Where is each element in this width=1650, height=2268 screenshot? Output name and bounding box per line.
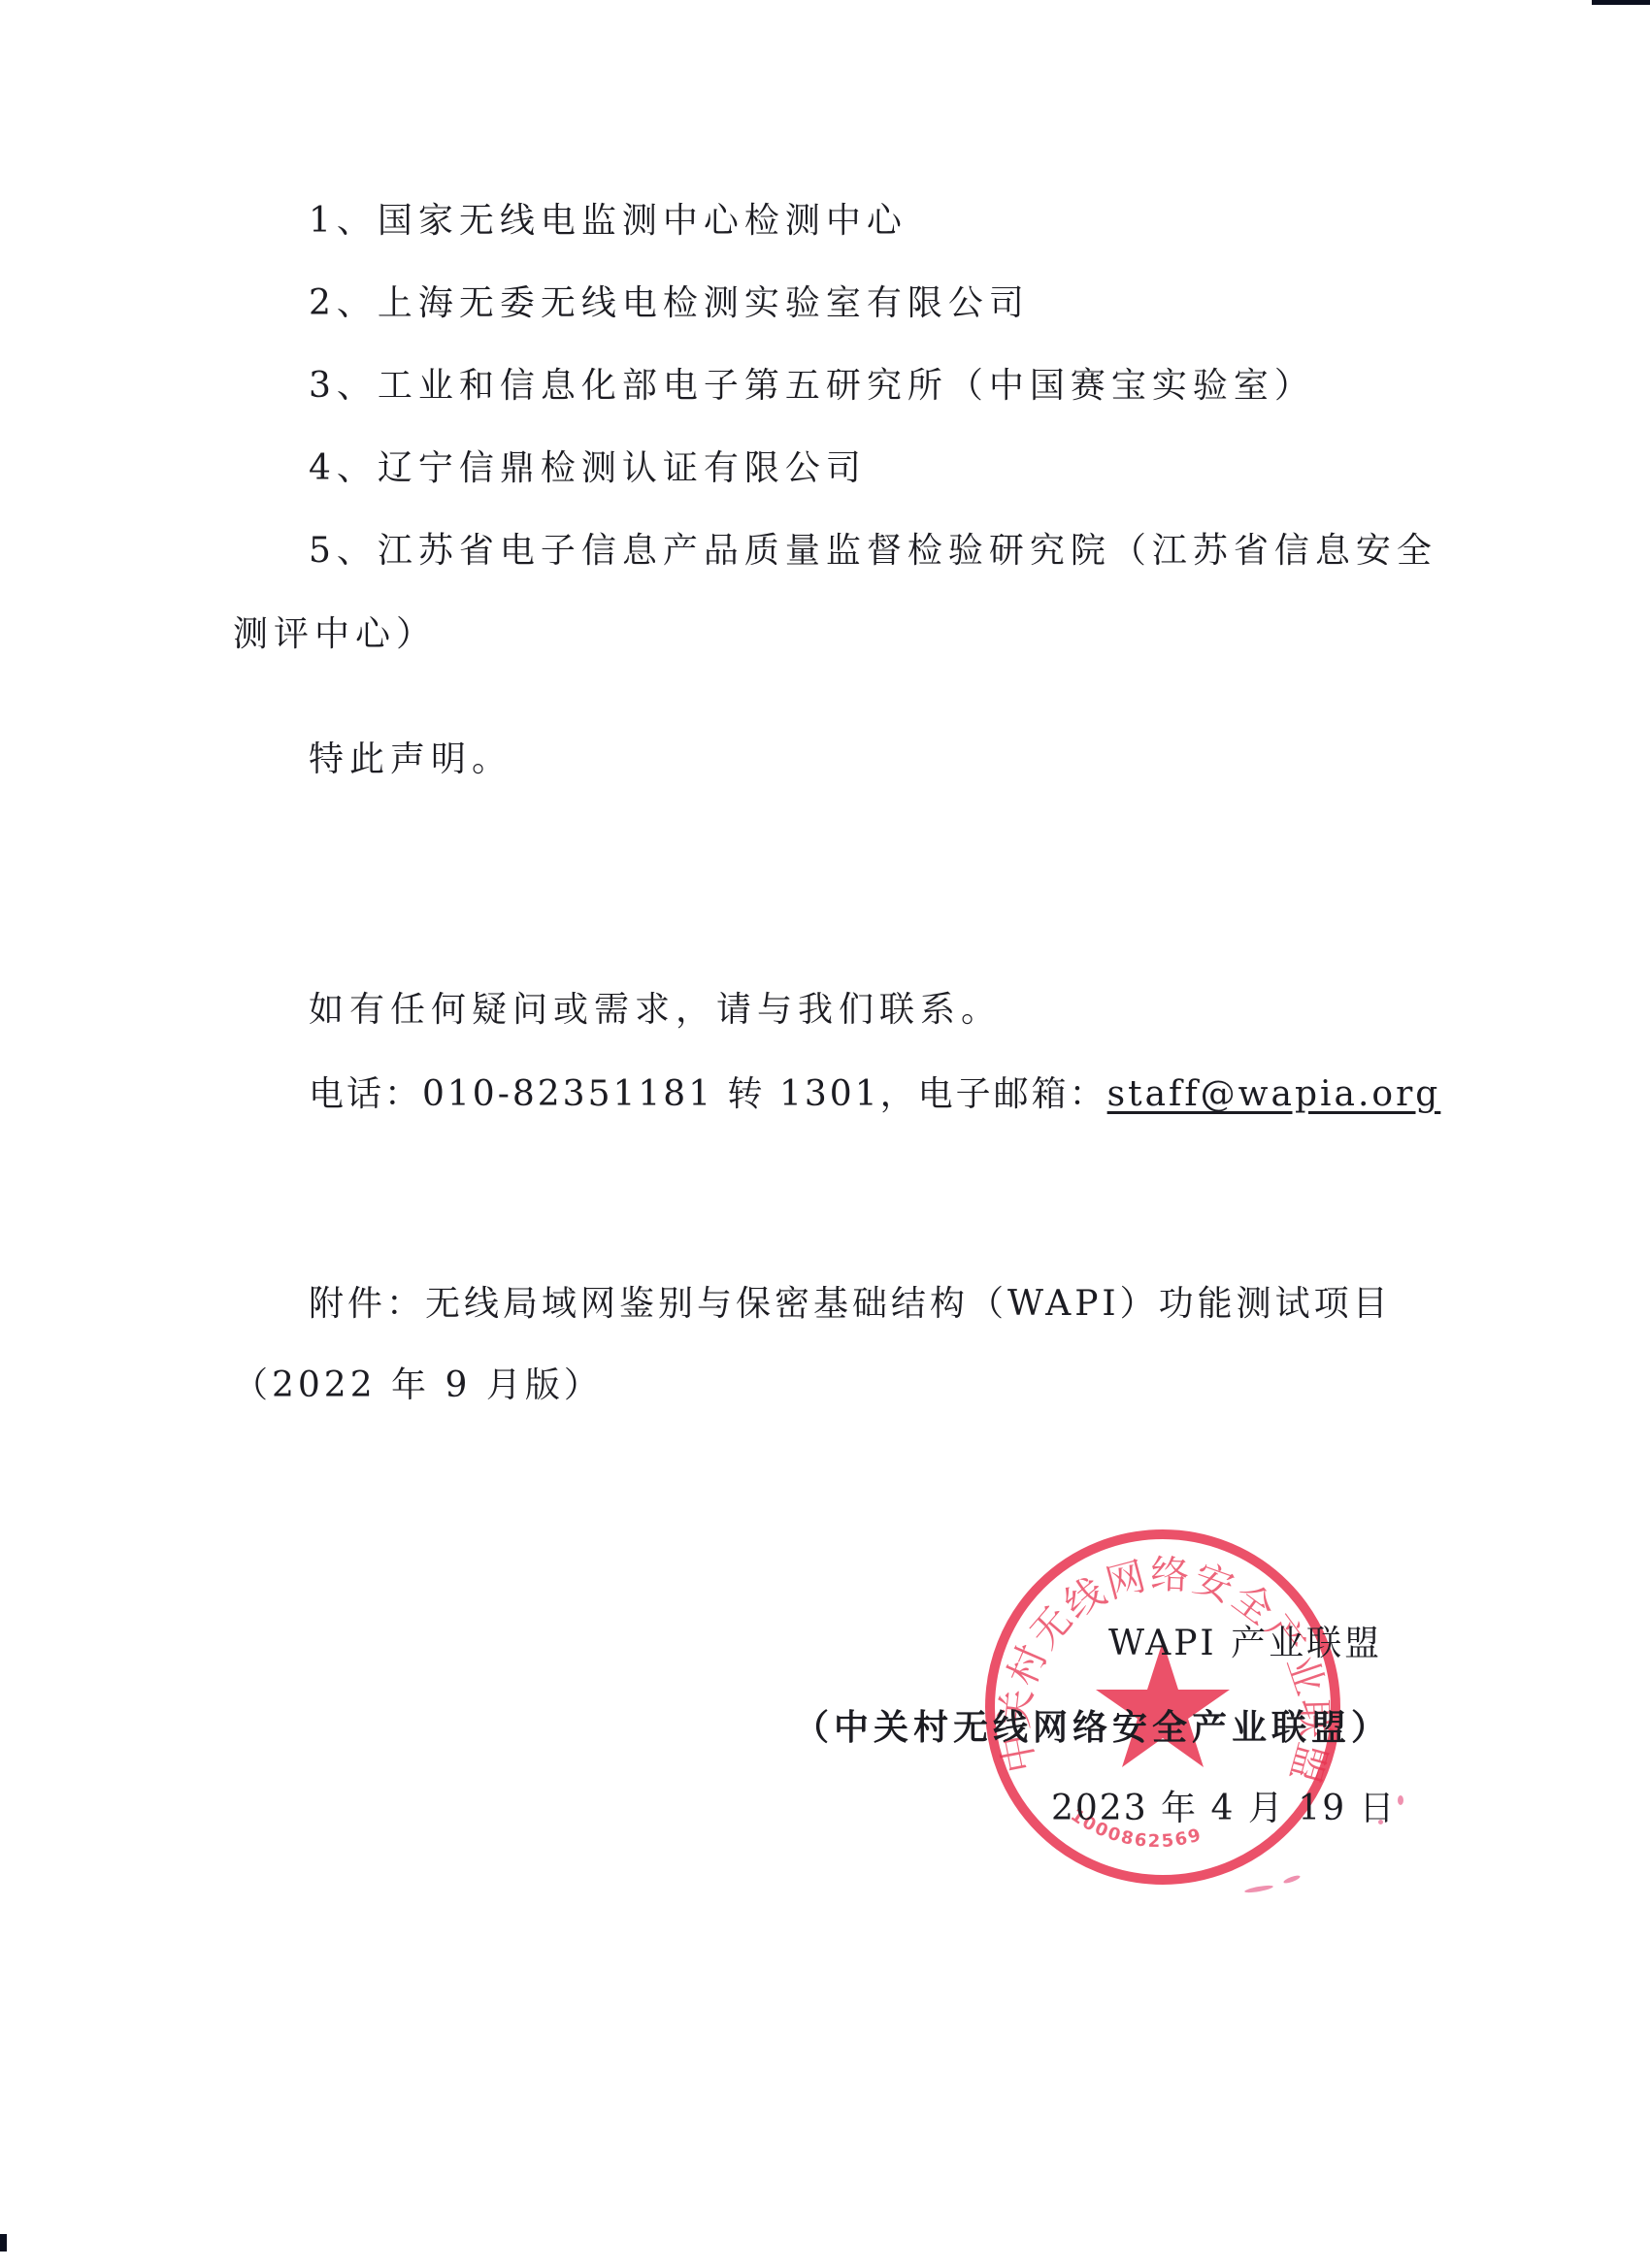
list-text: 工业和信息化部电子第五研究所（中国赛宝实验室）	[378, 366, 1315, 406]
list-number: 1、	[309, 201, 378, 241]
list-text: 国家无线电监测中心检测中心	[378, 201, 907, 241]
email-link[interactable]: staff@wapia.org	[1107, 1074, 1441, 1114]
signature-date: 2023 年 4 月 19 日	[1051, 1791, 1397, 1826]
list-text: 上海无委无线电检测实验室有限公司	[378, 283, 1030, 323]
list-item: 3、工业和信息化部电子第五研究所（中国赛宝实验室）	[309, 369, 1315, 404]
declaration: 特此声明。	[309, 742, 512, 777]
svg-text:中关村无线网络安全产业联盟: 中关村无线网络安全产业联盟	[993, 1553, 1336, 1790]
ink-smudge	[1398, 1795, 1403, 1805]
phone-text: 电话：010-82351181 转 1301，电子邮箱：	[309, 1074, 1107, 1114]
ink-smudge	[1244, 1884, 1273, 1893]
contact-details: 电话：010-82351181 转 1301，电子邮箱：staff@wapia.…	[309, 1077, 1440, 1112]
list-text: 辽宁信鼎检测认证有限公司	[378, 448, 867, 488]
scan-edge-mark	[1592, 0, 1650, 5]
contact-intro: 如有任何疑问或需求，请与我们联系。	[309, 993, 1002, 1028]
signature-org-full-name: （中关村无线网络安全产业联盟）	[794, 1710, 1391, 1745]
list-item-continuation: 测评中心）	[233, 617, 437, 652]
ink-smudge	[1283, 1874, 1302, 1885]
list-item: 5、江苏省电子信息产品质量监督检验研究院（江苏省信息安全	[309, 534, 1437, 569]
stamp-ring-text: 中关村无线网络安全产业联盟	[993, 1553, 1336, 1790]
list-item: 1、国家无线电监测中心检测中心	[309, 204, 907, 239]
signature-org-name: WAPI 产业联盟	[1108, 1627, 1382, 1661]
attachment-line: 附件：无线局域网鉴别与保密基础结构（WAPI）功能测试项目	[309, 1287, 1392, 1322]
scan-edge-mark	[0, 2234, 7, 2252]
list-number: 2、	[309, 283, 378, 323]
list-text: 江苏省电子信息产品质量监督检验研究院（江苏省信息安全	[378, 531, 1437, 571]
list-number: 4、	[309, 448, 378, 488]
attachment-version: （2022 年 9 月版）	[233, 1368, 603, 1403]
list-item: 2、上海无委无线电检测实验室有限公司	[309, 286, 1030, 321]
list-number: 3、	[309, 366, 378, 406]
list-item: 4、辽宁信鼎检测认证有限公司	[309, 451, 867, 486]
list-number: 5、	[309, 531, 378, 571]
